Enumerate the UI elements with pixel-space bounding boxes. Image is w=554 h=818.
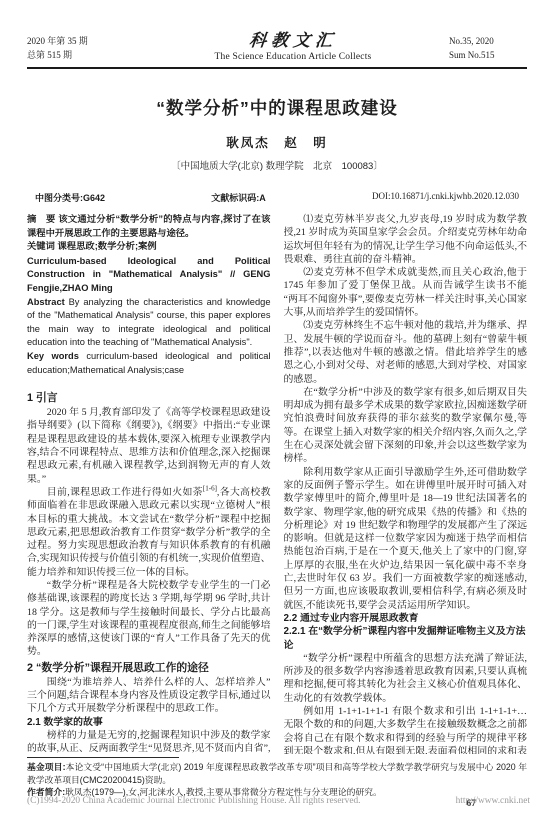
affiliation: 〔中国地质大学(北京) 数理学院 北京 100083〕 bbox=[27, 158, 527, 172]
document-code: 文献标识码:A bbox=[211, 191, 266, 204]
clc-number: 中图分类号:G642 bbox=[35, 191, 105, 204]
paragraph: “数学分析”课程中所蕴含的思想方法充满了辩证法,所涉及的很多数学内容渗透着思政教… bbox=[284, 652, 528, 705]
abstract-en-label: Abstract bbox=[27, 297, 65, 307]
keywords-cn-label: 关键词 bbox=[27, 241, 55, 251]
footnote: 基金项目:本论文受“中国地质大学(北京) 2019 年度课程思政教学改革专项”项… bbox=[27, 761, 527, 799]
paragraph-text: 目前,课程思政工作进行得如火如荼 bbox=[47, 487, 203, 498]
page-title: “数学分析”中的课程思政建设 bbox=[27, 95, 527, 120]
paragraph: 在“数学分析”中涉及的数学家有很多,如后期双目失明却成为拥有最多学术成果的数学家… bbox=[284, 386, 528, 466]
keywords-en-label: Key words bbox=[27, 351, 79, 361]
scanned-paper-page: 2020 年第 35 期 总第 515 期 科教文汇 The Science E… bbox=[0, 0, 554, 818]
abstract-cn-text: 该文通过分析“数学分析”的特点与内容,探讨了在该课程中开展思政工作的主要思路与途… bbox=[27, 214, 270, 238]
abstract-block: 摘 要 该文通过分析“数学分析”的特点与内容,探讨了在该课程中开展思政工作的主要… bbox=[27, 213, 271, 377]
title-en: Curriculum-based Ideological and Politic… bbox=[27, 255, 271, 296]
doi: DOI:10.16871/j.cnki.kjwhb.2020.12.030 bbox=[372, 191, 519, 204]
citation-marker: [1-6] bbox=[203, 485, 217, 493]
paragraph: 除利用数学家从正面引导激励学生外,还可借助数学家的反面例子警示学生。如在讲傅里叶… bbox=[284, 466, 528, 612]
article-meta-row: 中图分类号:G642 文献标识码:A DOI:10.16871/j.cnki.k… bbox=[27, 191, 527, 204]
copyright-text: (C)1994-2020 China Academic Journal Elec… bbox=[27, 796, 361, 806]
subsection-heading-2-2-1: 2.2.1 在“数学分析”课程内容中发掘辩证唯物主义及方法论 bbox=[284, 625, 528, 652]
spacer bbox=[27, 377, 271, 389]
issue-number-en: No.35, 2020 bbox=[449, 35, 527, 49]
keywords-cn-text: 课程思政;数学分析;案例 bbox=[58, 241, 157, 251]
paragraph: 目前,课程思政工作进行得如火如荼[1-6],各大高校教师面临着在非思政课融入思政… bbox=[27, 486, 271, 579]
copyright-footer: (C)1994-2020 China Academic Journal Elec… bbox=[27, 796, 530, 806]
article-body: 摘 要 该文通过分析“数学分析”的特点与内容,探讨了在该课程中开展思政工作的主要… bbox=[27, 213, 527, 754]
right-column: ⑴麦克劳林半岁丧父,九岁丧母,19 岁时成为数学教授,21 岁时成为英国皇家学会… bbox=[284, 213, 528, 754]
fund-project-text: 本论文受“中国地质大学(北京) 2019 年度课程思政教学改革专项”项目和高等学… bbox=[27, 762, 527, 785]
issue-info-right: No.35, 2020 Sum No.515 bbox=[449, 35, 527, 62]
paragraph: 围绕“为谁培养人、培养什么样的人、怎样培养人”三个问题,结合课程本身内容及性质设… bbox=[27, 676, 271, 716]
paragraph-text: ,各大高校教师面临着在非思政课融入思政元素以实现“立德树人”根本目标的重大挑战。… bbox=[27, 487, 271, 578]
cumulative-issue-en: Sum No.515 bbox=[449, 49, 527, 63]
list-item-paragraph: ⑵麦克劳林不但学术成就斐然,而且关心政治,他于 1745 年参加了爱丁堡保卫战。… bbox=[284, 266, 528, 319]
section-heading-2: 2 “数学分析”课程开展思政工作的途径 bbox=[27, 661, 271, 676]
subsection-heading-2-1: 2.1 数学家的故事 bbox=[27, 716, 271, 729]
paragraph: “数学分析”课程是各大院校数学专业学生的一门必修基础课,该课程的跨度长达 3 学… bbox=[27, 579, 271, 659]
fund-project-note: 基金项目:本论文受“中国地质大学(北京) 2019 年度课程思政教学改革专项”项… bbox=[27, 761, 527, 786]
fund-project-label: 基金项目: bbox=[27, 762, 66, 772]
abstract-cn-label: 摘 要 bbox=[27, 214, 56, 224]
issue-info-left: 2020 年第 35 期 总第 515 期 bbox=[27, 35, 137, 62]
journal-header: 2020 年第 35 期 总第 515 期 科教文汇 The Science E… bbox=[27, 26, 527, 69]
paragraph: 例如用 1-1+1-1+1-1 有限个数求和引出 1-1+1-1+…无限个数的和… bbox=[284, 705, 528, 754]
list-item-paragraph: ⑶麦克劳林终生不忘牛顿对他的栽培,并为继承、捍卫、发展牛顿的学说而奋斗。他的墓碑… bbox=[284, 319, 528, 385]
footnote-divider bbox=[27, 757, 179, 758]
journal-name-cn: 科教文汇 bbox=[213, 26, 373, 51]
left-column: 摘 要 该文通过分析“数学分析”的特点与内容,探讨了在该课程中开展思政工作的主要… bbox=[27, 213, 271, 754]
keywords-cn: 关键词 课程思政;数学分析;案例 bbox=[27, 240, 271, 254]
keywords-en: Key words curriculum-based ideological a… bbox=[27, 350, 271, 377]
paragraph: 榜样的力量是无穷的,挖掘课程知识中涉及的数学家的故事,从正、反两面教学生“见贤思… bbox=[27, 729, 271, 754]
paragraph: 2020 年 5 月,教育部印发了《高等学校课程思政建设指导纲要》(以下简称《纲… bbox=[27, 406, 271, 486]
issue-number: 2020 年第 35 期 bbox=[27, 35, 137, 49]
abstract-en: Abstract By analyzing the characteristic… bbox=[27, 296, 271, 350]
abstract-cn: 摘 要 该文通过分析“数学分析”的特点与内容,探讨了在该课程中开展思政工作的主要… bbox=[27, 213, 271, 240]
list-item-paragraph: ⑴麦克劳林半岁丧父,九岁丧母,19 岁时成为数学教授,21 岁时成为英国皇家学会… bbox=[284, 213, 528, 266]
authors: 耿凤杰 赵 明 bbox=[27, 133, 527, 151]
page-number: 67 bbox=[467, 799, 477, 809]
section-heading-1: 1 引言 bbox=[27, 391, 271, 406]
journal-masthead: 科教文汇 The Science Education Article Colle… bbox=[215, 26, 372, 62]
subsection-heading-2-2: 2.2 通过专业内容开展思政教育 bbox=[284, 612, 528, 625]
cumulative-issue: 总第 515 期 bbox=[27, 49, 137, 63]
journal-name-en: The Science Education Article Collects bbox=[215, 52, 372, 62]
